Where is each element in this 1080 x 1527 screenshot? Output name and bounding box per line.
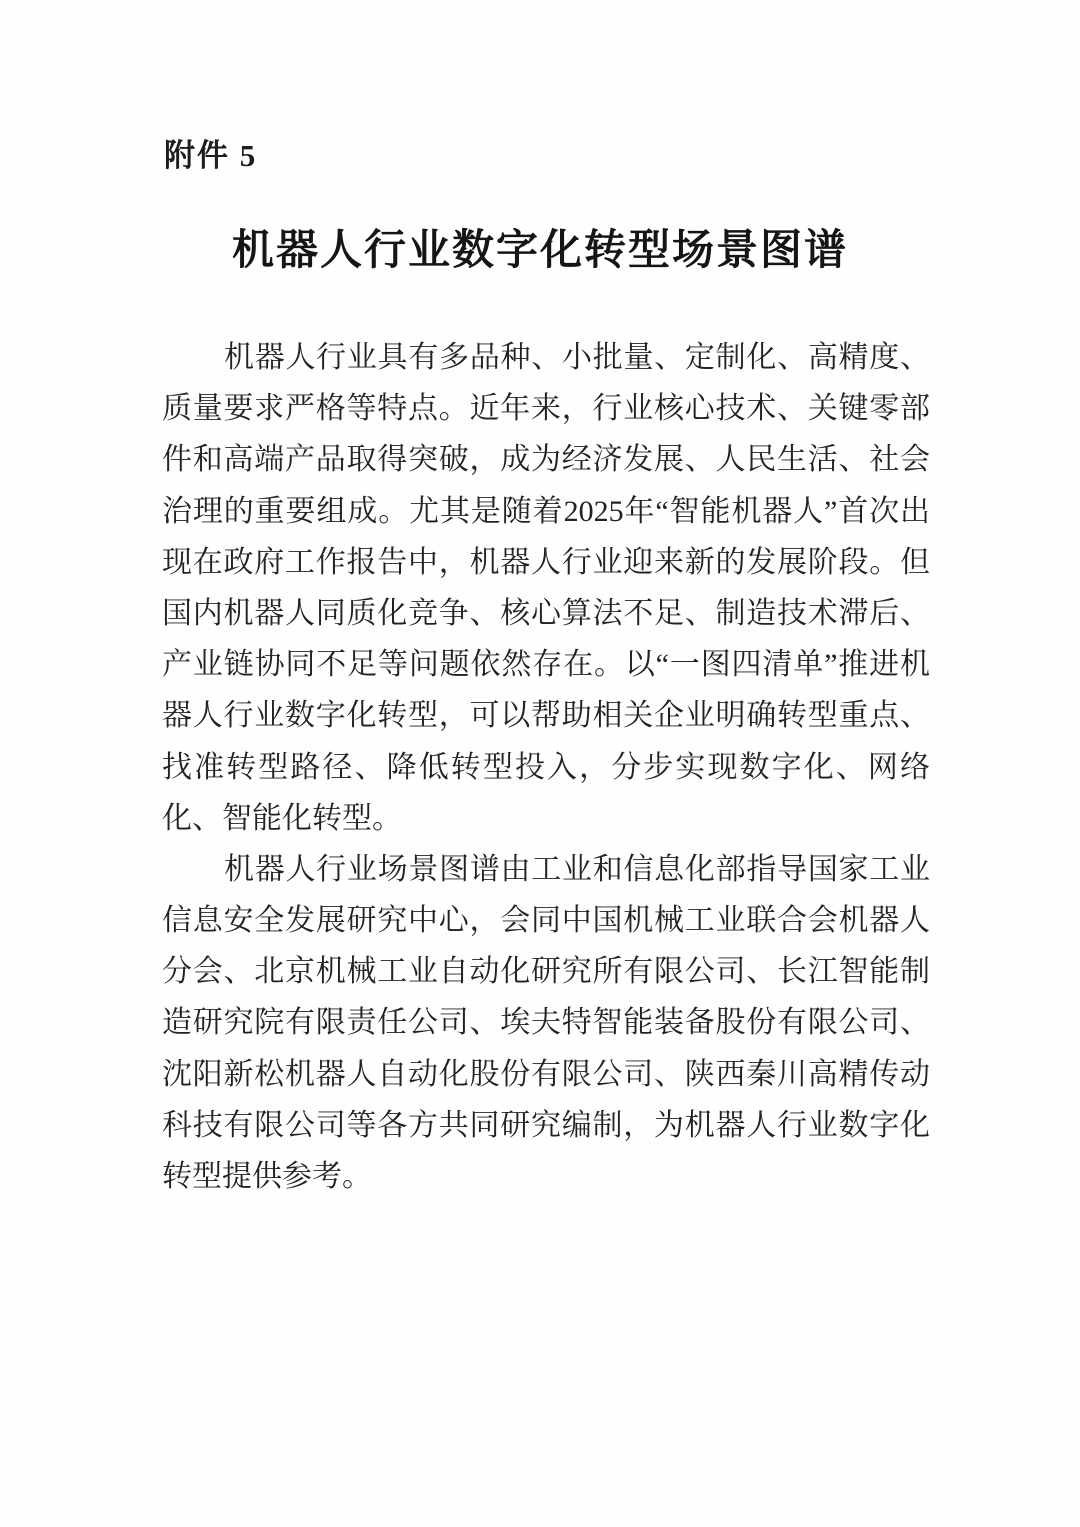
text-line: 信息安全发展研究中心，会同中国机械工业联合会机器人 <box>162 895 930 946</box>
text-line: 分会、北京机械工业自动化研究所有限公司、长江智能制 <box>162 946 930 997</box>
text-line: 科技有限公司等各方共同研究编制，为机器人行业数字化 <box>162 1100 930 1151</box>
text-line: 件和高端产品取得突破，成为经济发展、人民生活、社会 <box>162 434 930 485</box>
text-line: 转型提供参考。 <box>162 1151 930 1202</box>
text-line: 器人行业数字化转型，可以帮助相关企业明确转型重点、 <box>162 690 930 741</box>
document-page: 附件 5 机器人行业数字化转型场景图谱 机器人行业具有多品种、小批量、定制化、高… <box>0 0 1080 1527</box>
text-line: 找准转型路径、降低转型投入，分步实现数字化、网络 <box>162 742 930 793</box>
text-line: 现在政府工作报告中，机器人行业迎来新的发展阶段。但 <box>162 537 930 588</box>
text-line: 机器人行业场景图谱由工业和信息化部指导国家工业 <box>162 844 930 895</box>
text-line: 国内机器人同质化竞争、核心算法不足、制造技术滞后、 <box>162 588 930 639</box>
paragraph: 机器人行业具有多品种、小批量、定制化、高精度、质量要求严格等特点。近年来，行业核… <box>162 332 930 844</box>
text-line: 化、智能化转型。 <box>162 793 930 844</box>
text-line: 沈阳新松机器人自动化股份有限公司、陕西秦川高精传动 <box>162 1049 930 1100</box>
text-line: 治理的重要组成。尤其是随着2025年“智能机器人”首次出 <box>162 486 930 537</box>
document-body: 机器人行业具有多品种、小批量、定制化、高精度、质量要求严格等特点。近年来，行业核… <box>162 332 930 1202</box>
attachment-label: 附件 5 <box>164 136 257 176</box>
text-line: 产业链协同不足等问题依然存在。以“一图四清单”推进机 <box>162 639 930 690</box>
paragraph: 机器人行业场景图谱由工业和信息化部指导国家工业信息安全发展研究中心，会同中国机械… <box>162 844 930 1202</box>
text-line: 机器人行业具有多品种、小批量、定制化、高精度、 <box>162 332 930 383</box>
text-line: 质量要求严格等特点。近年来，行业核心技术、关键零部 <box>162 383 930 434</box>
text-line: 造研究院有限责任公司、埃夫特智能装备股份有限公司、 <box>162 997 930 1048</box>
page-title: 机器人行业数字化转型场景图谱 <box>0 224 1080 278</box>
